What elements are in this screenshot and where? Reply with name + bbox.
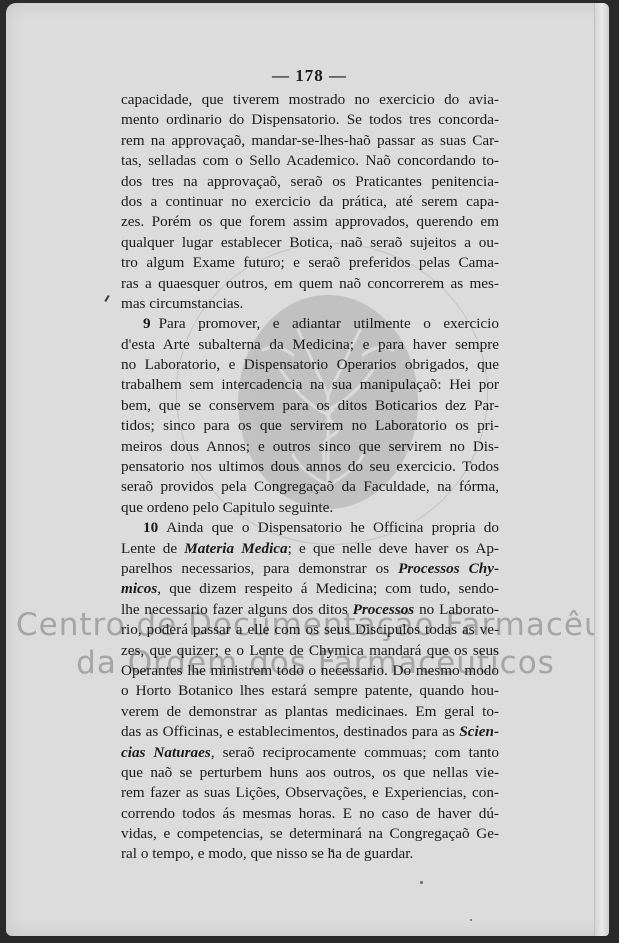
text-line: tro algum Exame futuro; e seraõ preferid… (121, 253, 499, 273)
page-fore-edge (594, 3, 609, 936)
text-span: no Laborato- (414, 601, 499, 618)
paragraph-number: 10 (143, 519, 158, 536)
text-line: capacidade, que tiverem mostrado no exer… (121, 90, 499, 110)
text-line: 9Para promover, e adiantar utilmente o e… (121, 314, 499, 334)
page-number: — 178 — (0, 66, 619, 86)
text-line: verem de demonstrar as plantas medicinae… (121, 702, 499, 722)
text-line: tidos; sinco para os que servirem no Lab… (121, 416, 499, 436)
italic-term: micos (121, 580, 157, 597)
text-line: parelhos necessarios, para demonstrar os… (121, 559, 499, 579)
text-line: dos tres na approvaçaõ, seraõ os Pratica… (121, 172, 499, 192)
text-line: meiros dous Annos; e outros sinco que se… (121, 437, 499, 457)
text-line: micos, que dizem respeito á Medicina; co… (121, 579, 499, 599)
paragraph-continuation: capacidade, que tiverem mostrado no exer… (121, 90, 499, 314)
text-span: Ainda que o Dispensatorio he Officina pr… (166, 519, 499, 536)
text-line: pensatorio nos ultimos dous annos do seu… (121, 457, 499, 477)
text-line: zes. Porém os que forem assim approvados… (121, 212, 499, 232)
text-line: mento ordinario do Dispensatorio. Se tod… (121, 110, 499, 130)
body-text: capacidade, que tiverem mostrado no exer… (121, 90, 499, 865)
text-line: das as Officinas, e establecimentos, des… (121, 722, 499, 742)
text-span: , que dizem respeito á Medicina; com tud… (157, 580, 499, 597)
text-line: que naõ se perturbem huns aos outros, os… (121, 763, 499, 783)
paper-speck (470, 919, 472, 921)
text-line: rio, poderá passar a elle com os seus Di… (121, 620, 499, 640)
text-span: Lente de (121, 540, 184, 557)
italic-term: Scien- (459, 723, 499, 740)
scan-frame: Centro de Documentação Farmacêutica da O… (0, 0, 619, 943)
text-line: Lente de Materia Medica; e que nelle dev… (121, 539, 499, 559)
text-line: zes, que quizer; e o Lente de Chymica ma… (121, 641, 499, 661)
paragraph-number: 9 (143, 315, 151, 332)
italic-term: cias Naturaes (121, 744, 211, 761)
text-line: Operantes lhe ministrem todo o necessari… (121, 661, 499, 681)
text-line: seraõ providos pela Congregaçaõ da Facul… (121, 477, 499, 497)
text-span: das as Officinas, e establecimentos, des… (121, 723, 459, 740)
text-line: qualquer lugar establecer Botica, naõ se… (121, 233, 499, 253)
text-line: que ordeno pelo Capitulo seguinte. (121, 498, 499, 518)
italic-term: Processos (353, 601, 415, 618)
text-line: rem na approvaçaõ, mandar-se-lhes-haõ pa… (121, 131, 499, 151)
margin-mark (104, 295, 109, 302)
text-line: lhe necessario fazer alguns dos ditos Pr… (121, 600, 499, 620)
text-line: bem, que se conservem para os ditos Boti… (121, 396, 499, 416)
text-span: ; e que nelle deve haver os Ap- (288, 540, 499, 557)
text-line: correndo todos ás mesmas horas. E no cas… (121, 804, 499, 824)
text-span: , seraõ reciprocamente commuas; com tant… (211, 744, 499, 761)
text-span: parelhos necessarios, para demonstrar os (121, 560, 398, 577)
italic-term: Materia Medica (184, 540, 287, 557)
text-line: tas, selladas com o Sello Academico. Naõ… (121, 151, 499, 171)
text-line: vidas, e competencias, se determinará na… (121, 824, 499, 844)
paragraph-9: 9Para promover, e adiantar utilmente o e… (121, 314, 499, 518)
italic-term: Processos Chy- (398, 560, 499, 577)
text-line: trabalhem sem intercadencia na sua manip… (121, 375, 499, 395)
text-line: dos a continuar no exercicio da prática,… (121, 192, 499, 212)
paper-speck (420, 881, 423, 884)
text-line: no Laboratorio, e Dispensatorio Operario… (121, 355, 499, 375)
text-line: ras a quaesquer outros, em quem naõ conc… (121, 274, 499, 294)
text-line: 10Ainda que o Dispensatorio he Officina … (121, 518, 499, 538)
paragraph-10: 10Ainda que o Dispensatorio he Officina … (121, 518, 499, 865)
text-line: rem fazer as suas Lições, Observações, e… (121, 783, 499, 803)
text-line: o Horto Botanico lhes estará sempre pate… (121, 681, 499, 701)
text-line: d'esta Arte subalterna da Medicina; e pa… (121, 335, 499, 355)
text-line: ral o tempo, e modo, que nisso se ha de … (121, 844, 499, 864)
text-line: cias Naturaes, seraõ reciprocamente comm… (121, 743, 499, 763)
text-span: lhe necessario fazer alguns dos ditos (121, 601, 353, 618)
text-span: Para promover, e adiantar utilmente o ex… (159, 315, 499, 332)
text-line: mas circumstancias. (121, 294, 499, 314)
